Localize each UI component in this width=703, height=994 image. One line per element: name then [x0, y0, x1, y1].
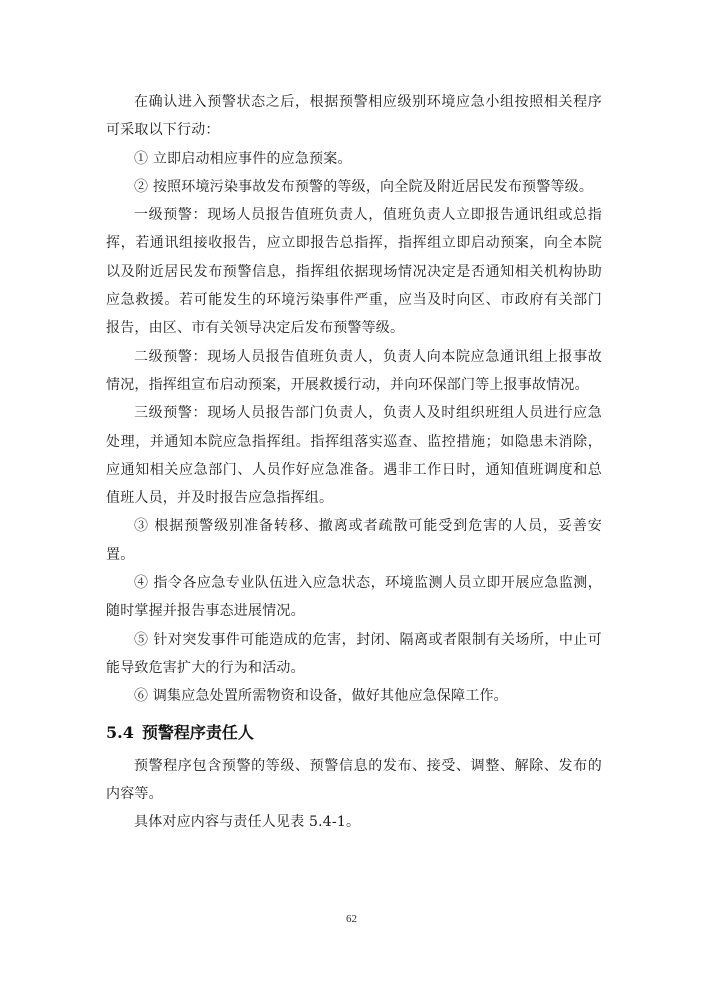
page-body: 在确认进入预警状态之后，根据预警相应级别环境应急小组按照相关程序可采取以下行动：…	[106, 88, 602, 836]
paragraph-warning-procedure: 预警程序包含预警的等级、预警信息的发布、接受、调整、解除、发布的内容等。	[106, 752, 602, 809]
section-title: 预警程序责任人	[142, 723, 254, 742]
section-number: 5.4	[106, 723, 134, 742]
document-page: 在确认进入预警状态之后，根据预警相应级别环境应急小组按照相关程序可采取以下行动：…	[0, 0, 703, 994]
page-number: 62	[0, 913, 703, 925]
list-item-2: ② 按照环境污染事故发布预警的等级，向全院及附近居民发布预警等级。	[106, 173, 602, 201]
section-heading: 5.4预警程序责任人	[106, 720, 602, 746]
paragraph-level-2-warning: 二级预警：现场人员报告值班负责人，负责人向本院应急通讯组上报事故情况，指挥组宣布…	[106, 343, 602, 400]
list-item-6: ⑥ 调集应急处置所需物资和设备，做好其他应急保障工作。	[106, 682, 602, 710]
list-item-5: ⑤ 针对突发事件可能造成的危害，封闭、隔离或者限制有关场所，中止可能导致危害扩大…	[106, 626, 602, 683]
paragraph-level-3-warning: 三级预警：现场人员报告部门负责人，负责人及时组织班组人员进行应急处理，并通知本院…	[106, 399, 602, 512]
paragraph-table-reference: 具体对应内容与责任人见表 5.4-1。	[106, 808, 602, 836]
list-item-4: ④ 指令各应急专业队伍进入应急状态，环境监测人员立即开展应急监测，随时掌握并报告…	[106, 569, 602, 626]
list-item-3: ③ 根据预警级别准备转移、撤离或者疏散可能受到危害的人员，妥善安置。	[106, 512, 602, 569]
list-item-1: ① 立即启动相应事件的应急预案。	[106, 145, 602, 173]
paragraph-intro: 在确认进入预警状态之后，根据预警相应级别环境应急小组按照相关程序可采取以下行动：	[106, 88, 602, 145]
paragraph-level-1-warning: 一级预警：现场人员报告值班负责人，值班负责人立即报告通讯组或总指挥，若通讯组接收…	[106, 201, 602, 342]
